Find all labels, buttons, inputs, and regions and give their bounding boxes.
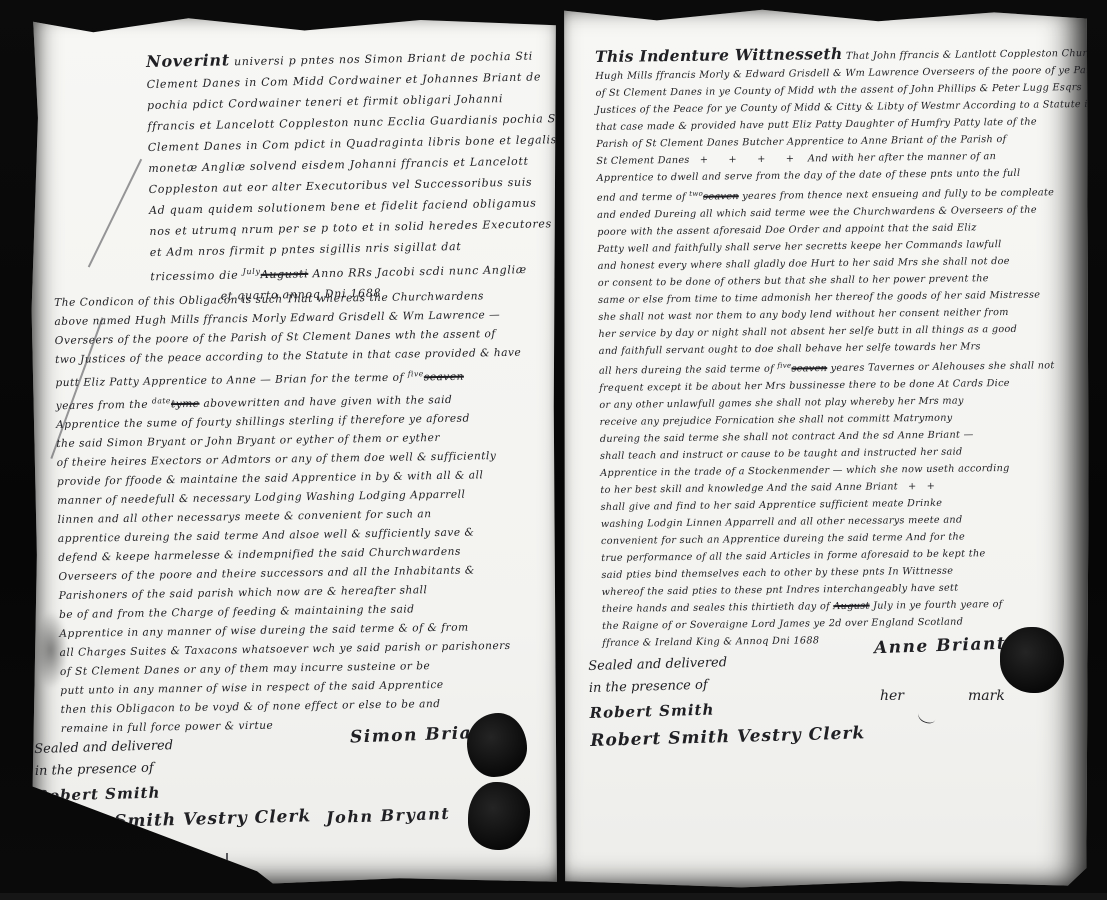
wax-seal (467, 713, 527, 777)
ink-smudge (34, 611, 68, 689)
film-scratch (88, 159, 142, 268)
witness-block-right: Sealed and deliveredin the presence of R… (588, 648, 865, 752)
indenture-lines-c: frequent except it be about her Mrs buss… (599, 373, 1107, 601)
right-page-indenture: This Indenture Wittnesseth That John ffr… (562, 8, 1089, 890)
struck-word: seaven (791, 363, 827, 374)
witness-lines: Sealed and deliveredin the presence of (34, 731, 310, 783)
struck-word: Augusti (261, 267, 309, 281)
inserted-word: five (777, 361, 791, 369)
her-mark-squiggle (916, 707, 938, 726)
indenture-lines-a: Hugh Mills ffrancis Morly & Edward Grisd… (595, 61, 1107, 187)
film-edge-strip (0, 893, 1107, 900)
vestry-clerk-signature: Robert Smith Vestry Clerk (36, 805, 311, 835)
film-scratch (226, 853, 228, 887)
condition-lines-a: The Condicon of this Obligacon is such T… (54, 287, 521, 370)
struck-word: seaven (424, 371, 464, 384)
wax-seal (468, 782, 530, 850)
struck-word: tyme (171, 398, 200, 410)
bond-condition-text: The Condicon of this Obligacon is such T… (54, 287, 527, 740)
condition-lines-b: Apprentice the sume of fourty shillings … (56, 409, 527, 739)
her-mark-line: hermark (880, 688, 1005, 704)
vestry-clerk-signature: Robert Smith Vestry Clerk (590, 722, 865, 752)
latin-bond-lines: Clement Danes in Com Midd Cordwainer et … (146, 66, 567, 263)
indenture-lines-b: and ended Dureing all which said terme w… (597, 200, 1107, 360)
witness-block-left: Sealed and deliveredin the presence of R… (34, 731, 311, 835)
wax-seal (1000, 627, 1064, 693)
latin-bond-text: Noverint universi p pntes nos Simon Bria… (146, 43, 569, 308)
inserted-word: two (689, 190, 703, 198)
decorated-initial: Noverint (146, 50, 230, 71)
signature-john-bryant: John Bryant (326, 804, 451, 827)
signature-anne-briant: Anne Briant (874, 634, 1007, 659)
inserted-word: July (242, 267, 260, 276)
indenture-text: This Indenture Wittnesseth That John ffr… (595, 41, 1107, 652)
decorated-opening: This Indenture Wittnesseth (595, 44, 843, 66)
inserted-word: five (408, 369, 424, 378)
struck-word: August (833, 600, 869, 611)
left-page-bond: Noverint universi p pntes nos Simon Bria… (30, 13, 558, 887)
inserted-word: date (152, 396, 171, 405)
struck-word: seaven (703, 191, 739, 202)
witness-lines: Sealed and deliveredin the presence of (588, 648, 864, 700)
microfilm-background: Noverint universi p pntes nos Simon Bria… (0, 0, 1107, 900)
